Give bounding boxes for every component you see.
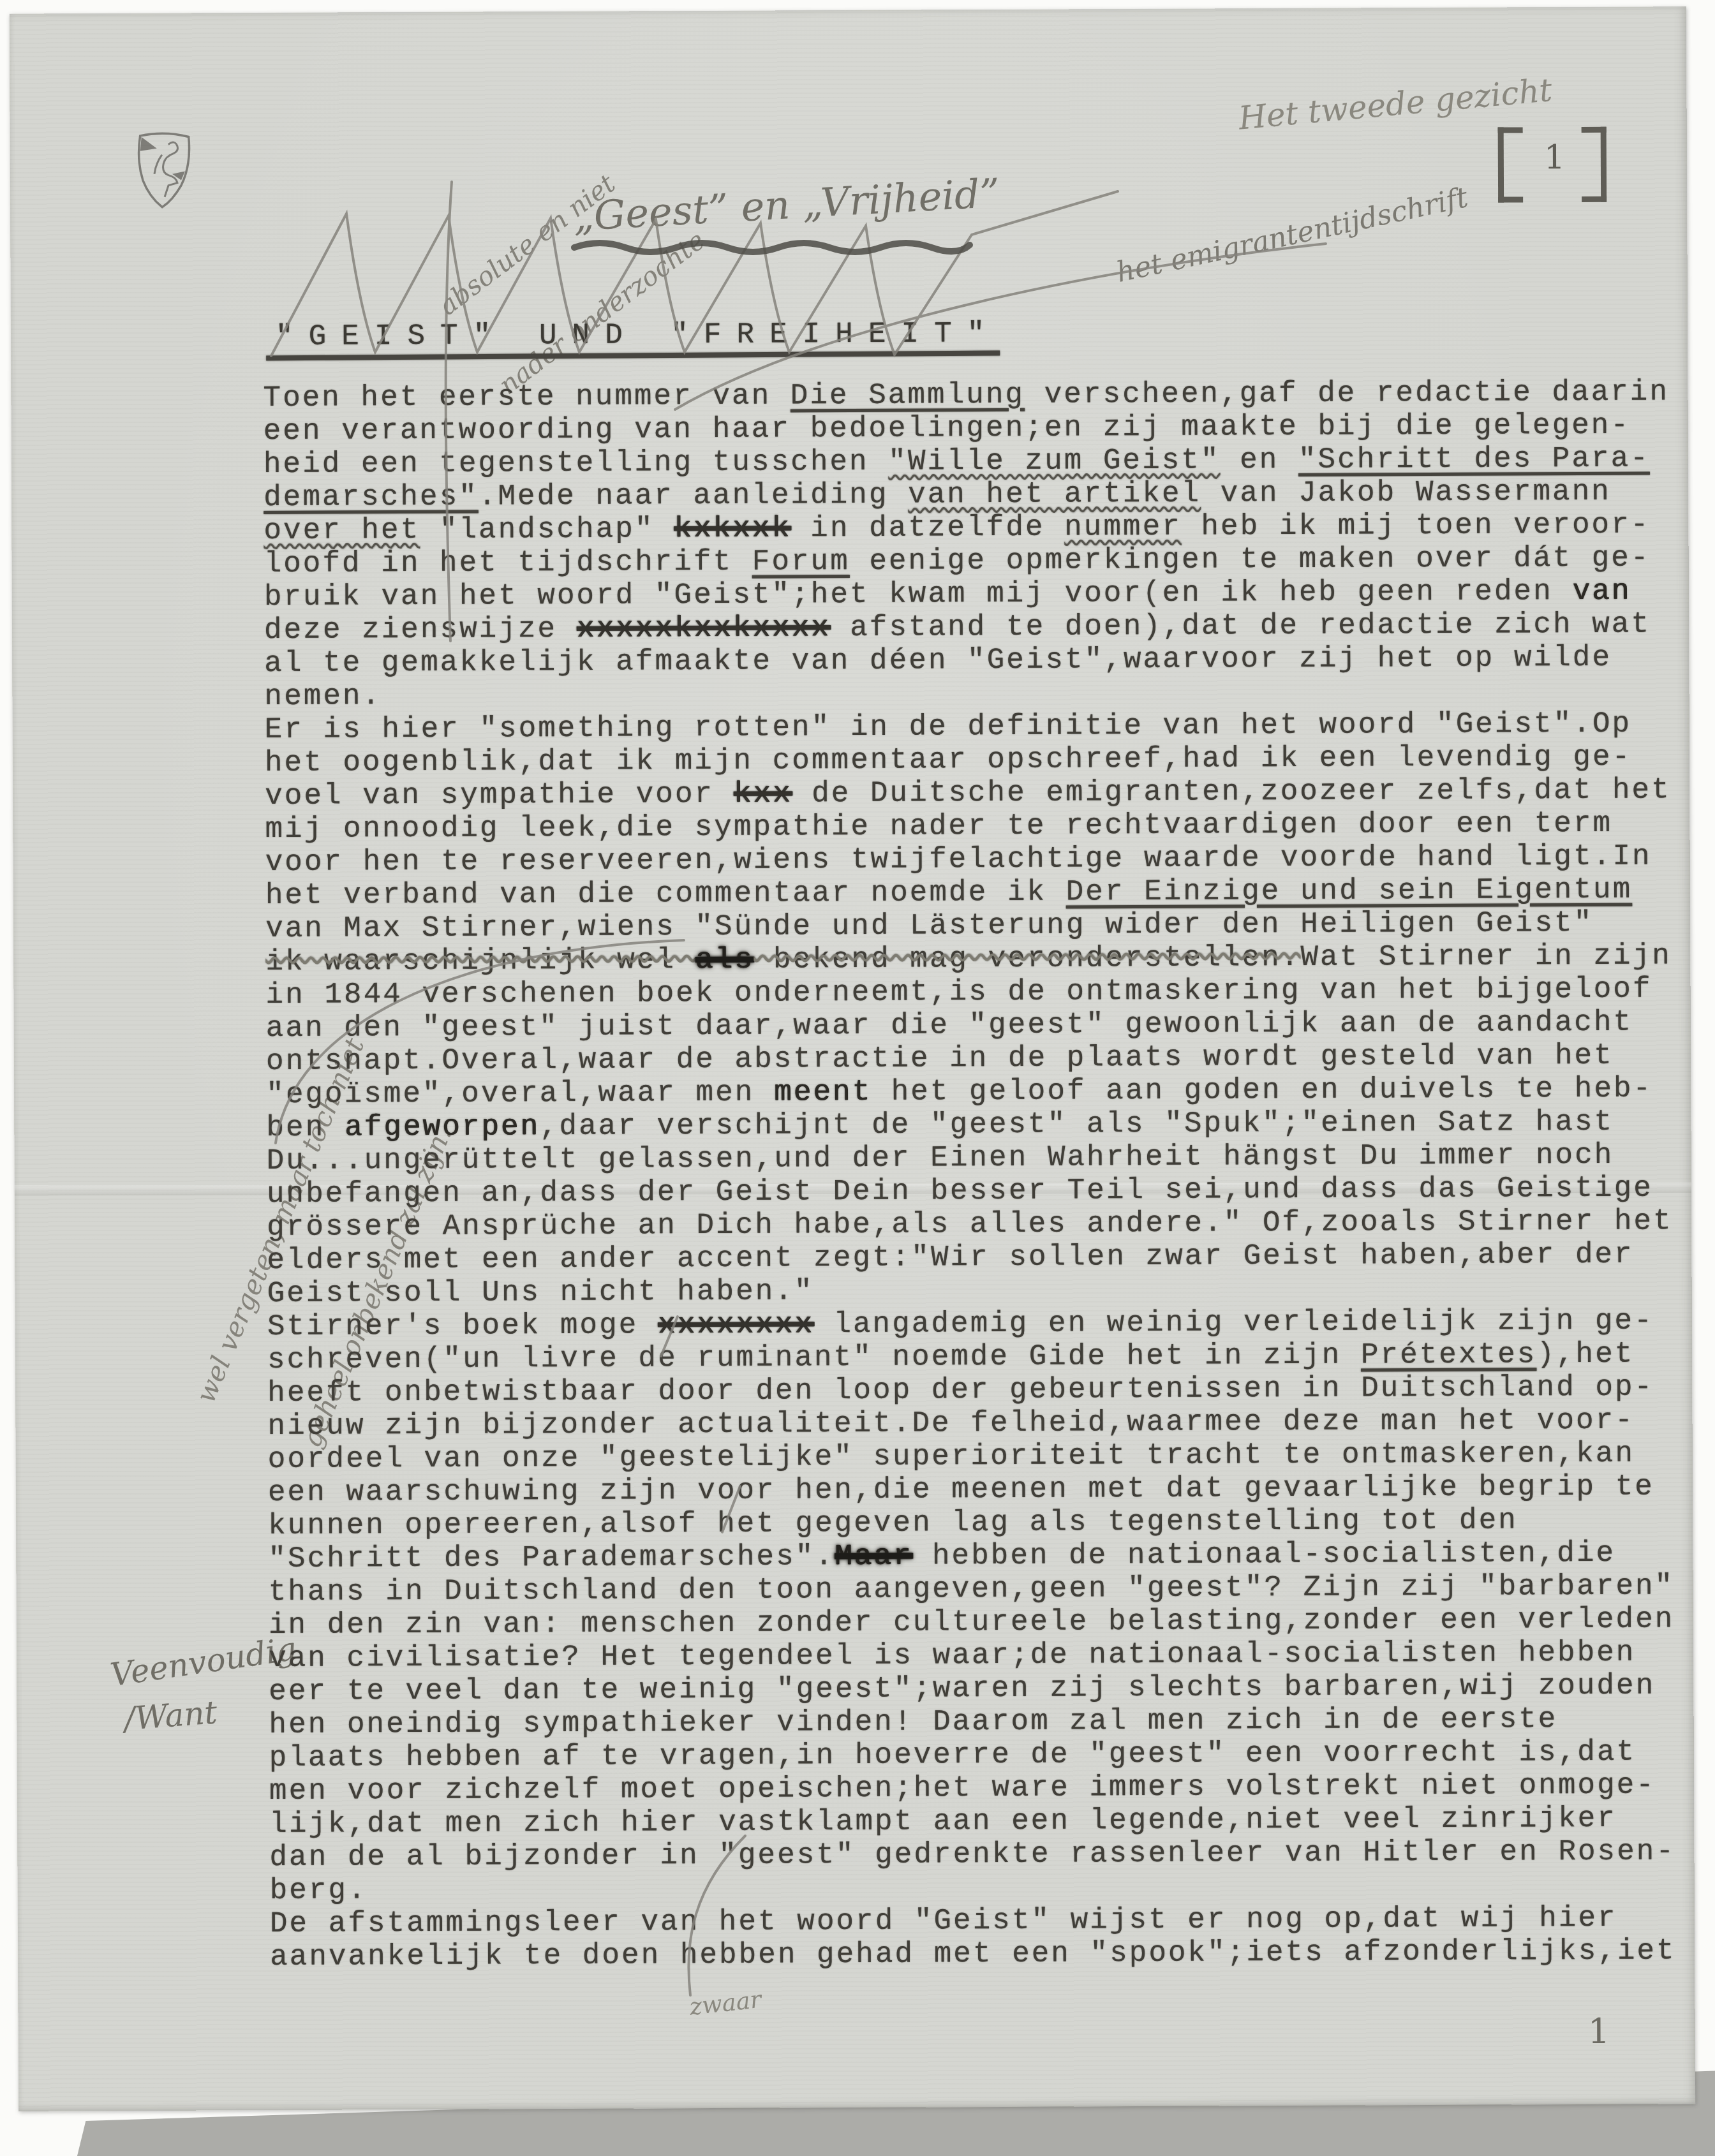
typed-segment: over het <box>264 513 420 547</box>
typed-line: thans in Duitschland den toon aangeven,g… <box>269 1569 1675 1609</box>
typed-segment: ),het <box>1536 1338 1634 1371</box>
typed-segment: al te gemakkelijk afmaakte van déen "Gei… <box>264 641 1612 680</box>
typed-segment: mij onnoodig leek,die sympathie nader te… <box>265 807 1612 846</box>
right-bracket-icon <box>1582 127 1607 202</box>
typed-segment: aan den "geest" juist daar,waar die "gee… <box>266 1006 1633 1045</box>
typed-segment: Die Sammlung <box>791 378 1025 413</box>
typed-segment: "Schritt des Para- <box>1298 442 1650 476</box>
typed-segment: ben <box>266 1111 345 1144</box>
typed-line: "Schritt des Parademarsches".Maar hebben… <box>268 1536 1674 1576</box>
typed-line: elders met een ander accent zegt:"Wir so… <box>267 1237 1673 1277</box>
typed-segment: van Max Stirner,wiens "Sünde und Lästeru… <box>265 906 1593 945</box>
typed-segment: hen oneindig sympathieker vinden! Daarom… <box>269 1702 1557 1741</box>
typed-segment: afstand te doen),dat de redactie zich wa… <box>830 608 1651 645</box>
typed-segment: in datzelfde <box>791 511 1065 545</box>
typed-segment: De afstammingsleer van het woord "Geist"… <box>270 1901 1617 1940</box>
typed-segment: Geist soll Uns nicht haben." <box>267 1274 813 1310</box>
typed-segment: van het artikel <box>908 477 1201 512</box>
left-bracket-icon <box>1498 127 1524 202</box>
typed-segment: aanvankelijk te doen hebben gehad met ee… <box>270 1934 1676 1974</box>
typed-segment: voor hen te reserveeren,wiens twijfelach… <box>265 840 1652 879</box>
typed-title: "GEIST" UND "FREIHEIT" <box>276 317 1000 353</box>
typed-segment: Wat Stirner in zijn <box>1300 939 1672 974</box>
typed-segment: .Mede naar aanleiding <box>479 478 909 513</box>
pencil-note-emigrant: het emigrantentijdschrift <box>1113 181 1471 289</box>
typed-segment: nemen. <box>264 679 382 713</box>
typed-segment: loofd in het tijdschrift <box>264 545 752 580</box>
typed-segment: unbefangen an,dass der Geist Dein besser… <box>267 1172 1653 1211</box>
typed-line: van Max Stirner,wiens "Sünde und Lästeru… <box>265 906 1672 945</box>
typed-line: Geist soll Uns nicht haben." <box>267 1271 1673 1310</box>
typed-segment: als <box>695 943 754 977</box>
typed-segment: xxxxxxxx <box>658 1308 814 1341</box>
typed-line: in den zin van: menschen zonder culturee… <box>269 1602 1675 1642</box>
typed-segment: Prétextes <box>1361 1338 1537 1371</box>
typed-segment: Maar <box>835 1540 913 1574</box>
typed-line: voor hen te reserveeren,wiens twijfelach… <box>265 839 1672 879</box>
page-marker-brackets: 1 <box>1498 127 1607 196</box>
typed-line: een waarschuwing zijn voor hen,die meene… <box>268 1470 1674 1509</box>
typed-line: nemen. <box>264 674 1670 713</box>
typed-segment: thans in Duitschland den toon aangeven,g… <box>269 1569 1675 1609</box>
typed-line: oordeel van onze "geestelijke" superiori… <box>268 1436 1674 1476</box>
typed-line: mij onnoodig leek,die sympathie nader te… <box>265 806 1671 846</box>
typed-segment: Der Einzige und sein Eigentum <box>1066 873 1633 909</box>
typed-segment: nieuw zijn bijzonder actualiteit.De felh… <box>267 1404 1635 1443</box>
pencil-word-zwaar: zwaar <box>688 1986 762 2021</box>
typed-segment: elders met een ander accent zegt:"Wir so… <box>267 1238 1634 1277</box>
typed-segment: oordeel van onze "geestelijke" superiori… <box>268 1437 1635 1476</box>
typed-line: ben afgeworpen,daar verschijnt de "geest… <box>266 1105 1672 1144</box>
typed-segment: lijk,dat men zich hier vastklampt aan ee… <box>269 1802 1617 1841</box>
typed-line: Toen het eerste nummer van Die Sammlung … <box>263 375 1669 415</box>
typed-segment: ik waarschijnlijk wel <box>265 943 695 978</box>
typed-line: demarsches".Mede naar aanleiding van het… <box>264 475 1670 514</box>
typed-line: een verantwoording van haar bedoelingen;… <box>264 408 1670 448</box>
typed-segment: heid een tegenstelling tusschen <box>264 445 889 481</box>
typed-segment: ontsnapt.Overal,waar de abstractie in de… <box>266 1039 1614 1078</box>
typed-line: al te gemakkelijk afmaakte van déen "Gei… <box>264 640 1670 680</box>
typed-body: Toen het eerste nummer van Die Sammlung … <box>263 375 1675 1974</box>
typed-segment: heb ik mij toen veroor- <box>1182 508 1651 543</box>
typed-segment: bruik van het woord "Geist";het kwam mij… <box>264 575 1573 614</box>
typed-segment: "egoïsme",overal,waar men <box>266 1076 774 1111</box>
typed-line: het oogenblik,dat ik mijn commentaar ops… <box>265 740 1671 779</box>
typed-segment: het oogenblik,dat ik mijn commentaar ops… <box>265 741 1632 779</box>
typed-line: deze zienswijze xxxxxkxxkxxxx afstand te… <box>264 607 1670 647</box>
typed-segment: Toen het eerste nummer van <box>263 379 791 415</box>
typed-line: nieuw zijn bijzonder actualiteit.De felh… <box>267 1403 1674 1443</box>
typed-segment: in 1844 verschenen boek onderneemt,is de… <box>265 973 1652 1012</box>
typed-segment: verscheen,gaf de redactie daarin <box>1025 375 1669 411</box>
typed-segment: eer te veel dan te weinig "geest";waren … <box>269 1669 1655 1708</box>
typed-line: hen oneindig sympathieker vinden! Daarom… <box>269 1702 1675 1741</box>
typed-segment: hebben de nationaal-socialisten,die <box>912 1537 1615 1573</box>
typed-segment: Du...ungerüttelt gelassen,und der Einen … <box>267 1139 1614 1178</box>
manuscript-page: absolute en niet nader onderzochte „Gees… <box>10 6 1695 2111</box>
typed-line: loofd in het tijdschrift Forum eenige op… <box>264 541 1670 580</box>
typed-segment: "Wille zum Geist" <box>888 443 1221 478</box>
typed-segment: bekend mag veronderstellen. <box>754 941 1300 977</box>
typed-segment: voel van sympathie voor <box>265 778 734 813</box>
typed-line: heid een tegenstelling tusschen "Wille z… <box>264 441 1670 481</box>
typed-line: men voor zichzelf moet opeischen;het war… <box>269 1768 1675 1808</box>
typed-segment: men voor zichzelf moet opeischen;het war… <box>269 1769 1656 1808</box>
typed-segment: demarsches" <box>264 480 479 514</box>
typed-segment: xxxxxkxxkxxxx <box>577 611 831 646</box>
typed-line: lijk,dat men zich hier vastklampt aan ee… <box>269 1801 1675 1841</box>
typed-segment: een verantwoording van haar bedoelingen;… <box>264 409 1631 448</box>
page-number: 1 <box>1588 2011 1610 2051</box>
typed-line: het verband van die commentaar noemde ik… <box>265 873 1672 912</box>
typed-line: over het "landschap" kxkxxk in datzelfde… <box>264 508 1670 547</box>
typed-line: voel van sympathie voor kxx de Duitsche … <box>265 773 1671 813</box>
shield-bird-stamp-icon <box>135 131 195 212</box>
typed-segment: afgeworpen <box>345 1110 540 1144</box>
typed-segment: een waarschuwing zijn voor hen,die meene… <box>268 1470 1654 1509</box>
typed-line: heeft onbetwistbaar door den loop der ge… <box>267 1370 1674 1410</box>
typed-segment: van <box>1572 575 1631 608</box>
pencil-word-want: /Want <box>123 1694 219 1738</box>
typed-line: ontsnapt.Overal,waar de abstractie in de… <box>266 1038 1672 1078</box>
typed-segment: van Jakob Wassermann <box>1201 475 1611 510</box>
typed-segment: heeft onbetwistbaar door den loop der ge… <box>267 1371 1654 1410</box>
typed-segment: kxx <box>734 777 792 810</box>
typed-segment: Stirner's boek moge <box>267 1308 658 1343</box>
typed-segment: ,daar verschijnt de "geest" als "Spuk";"… <box>540 1105 1614 1143</box>
typed-line: van civilisatie? Het tegendeel is waar;d… <box>269 1635 1675 1675</box>
typed-line: Du...ungerüttelt gelassen,und der Einen … <box>267 1138 1673 1178</box>
typed-line: grössere Ansprüche an Dich habe,als alle… <box>267 1204 1673 1244</box>
typed-line: Stirner's boek moge xxxxxxxx langademig … <box>267 1304 1674 1343</box>
typed-line: "egoïsme",overal,waar men meent het gelo… <box>266 1072 1672 1111</box>
typed-segment: "landschap" <box>420 512 674 547</box>
typed-line: aanvankelijk te doen hebben gehad met ee… <box>270 1934 1676 1974</box>
typed-line: aan den "geest" juist daar,waar die "gee… <box>266 1005 1672 1045</box>
typed-segment: "Schritt des Parademarsches". <box>268 1540 835 1576</box>
typed-segment: plaats hebben af te vragen,in hoeverre d… <box>269 1736 1637 1775</box>
typed-line: unbefangen an,dass der Geist Dein besser… <box>267 1171 1673 1211</box>
typed-line: dan de al bijzonder in "geest" gedrenkte… <box>269 1835 1675 1874</box>
typed-segment: en <box>1220 443 1298 477</box>
typed-line: De afstammingsleer van het woord "Geist"… <box>270 1901 1676 1940</box>
typed-segment: grössere Ansprüche an Dich habe,als alle… <box>267 1204 1673 1244</box>
typed-segment: meent <box>774 1075 872 1109</box>
typed-segment: kunnen opereeren,alsof het gegeven lag a… <box>268 1503 1518 1542</box>
typed-segment: van civilisatie? Het tegendeel is waar;d… <box>269 1636 1636 1675</box>
typed-segment: berg. <box>270 1873 367 1907</box>
typed-line: schreven("un livre de ruminant" noemde G… <box>267 1337 1674 1377</box>
typed-segment: dan de al bijzonder in "geest" gedrenkte… <box>269 1835 1675 1874</box>
typed-segment: het verband van die commentaar noemde ik <box>265 876 1066 912</box>
typed-segment: Forum <box>752 545 850 579</box>
typed-line: eer te veel dan te weinig "geest";waren … <box>269 1669 1675 1708</box>
typed-line: plaats hebben af te vragen,in hoeverre d… <box>269 1735 1675 1775</box>
typed-segment: in den zin van: menschen zonder culturee… <box>269 1602 1675 1642</box>
typed-line: bruik van het woord "Geist";het kwam mij… <box>264 574 1670 614</box>
typed-line: in 1844 verschenen boek onderneemt,is de… <box>265 972 1672 1012</box>
typed-segment: kxkxxk <box>674 512 791 545</box>
typed-segment: nummer <box>1064 510 1182 544</box>
typed-line: ik waarschijnlijk wel als bekend mag ver… <box>265 939 1672 978</box>
typed-segment: eenige opmerkingen te maken over dát ge- <box>850 542 1651 578</box>
typed-line: berg. <box>270 1868 1676 1907</box>
typed-segment: Er is hier "something rotten" in de defi… <box>265 707 1632 746</box>
typed-segment: deze zienswijze <box>264 612 577 647</box>
typed-segment: het geloof aan goden en duivels te heb- <box>872 1072 1652 1109</box>
typed-segment: langademig en weinig verleidelijk zijn g… <box>814 1304 1654 1341</box>
typed-line: kunnen opereeren,alsof het gegeven lag a… <box>268 1503 1674 1542</box>
typed-segment: de Duitsche emigranten,zoozeer zelfs,dat… <box>792 773 1670 810</box>
typed-line: Er is hier "something rotten" in de defi… <box>265 707 1671 746</box>
page-marker-number: 1 <box>1544 138 1565 177</box>
typed-segment: schreven("un livre de ruminant" noemde G… <box>267 1339 1361 1377</box>
